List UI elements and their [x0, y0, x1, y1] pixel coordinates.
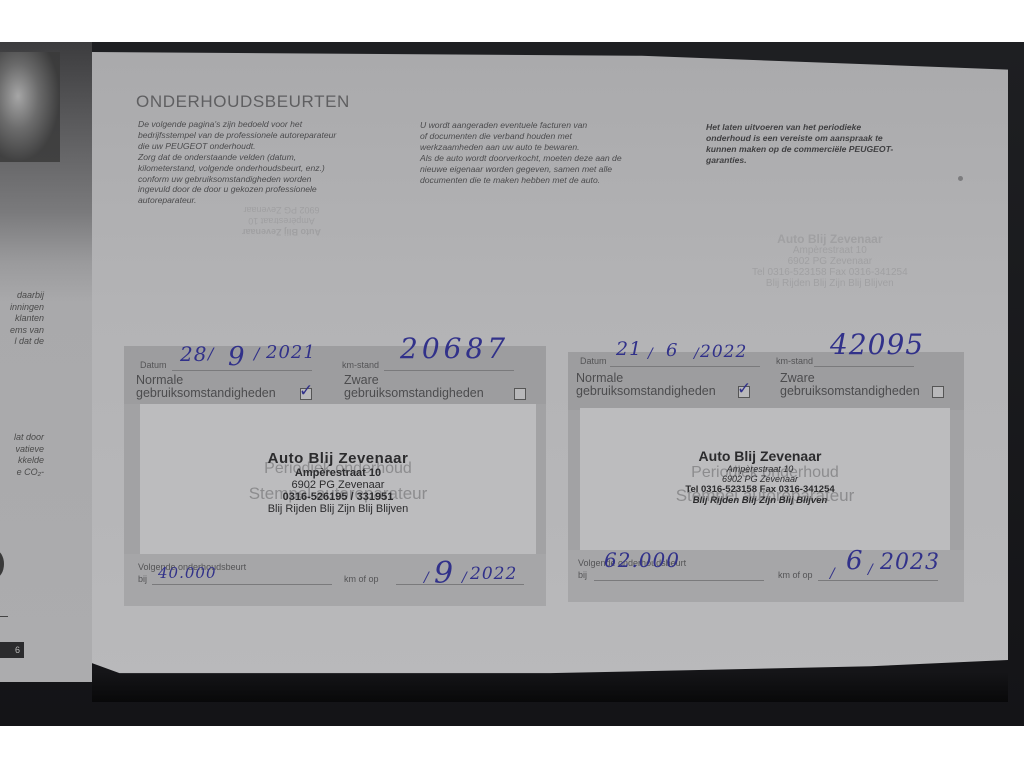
stamp-area: Periodiek onderhoud Stempel autoreparate…	[580, 408, 950, 550]
dealer-stamp: Auto Blij Zevenaar Ampèrestraat 10 6902 …	[570, 448, 950, 506]
date-day[interactable]: 21	[616, 338, 642, 360]
next-service-month[interactable]: 9	[434, 556, 454, 591]
next-service-km[interactable]: 62.000	[604, 548, 680, 572]
date-underline	[172, 370, 312, 371]
text-line: daarbij	[10, 290, 44, 302]
left-page-text-bottom: lat door vatieve kkelde e CO₂-	[14, 432, 44, 478]
text-line: nieuwe eigenaar worden gegeven, samen me…	[420, 164, 622, 175]
stamp-city: 6902 PG Zevenaar	[570, 474, 950, 484]
text-line: ems van	[10, 325, 44, 337]
next-service-year[interactable]: 2023	[880, 550, 940, 575]
intro-column-1: De volgende pagina's zijn bedoeld voor h…	[138, 119, 336, 206]
left-page-circle-graphic	[0, 550, 4, 578]
left-page-fragment: daarbij inningen klanten ems van l dat d…	[0, 42, 92, 682]
stamp-street: Ampèrestraat 10	[140, 467, 536, 479]
normal-conditions-checkbox[interactable]	[300, 388, 312, 400]
km-label: km-stand	[342, 360, 379, 370]
text-line: werkzaamheden aan uw auto te bewaren.	[420, 142, 622, 153]
ghost-stamp-line: Ampèrestraat 10	[752, 245, 908, 256]
text-line: klanten	[10, 313, 44, 325]
text-line: kkelde	[14, 455, 44, 467]
next-service-km[interactable]: 40.000	[158, 564, 217, 582]
booklet-photo: daarbij inningen klanten ems van l dat d…	[0, 42, 1024, 726]
entry-header: Datum 28 / 9 / 2021 km-stand 20687 Norma…	[124, 346, 546, 404]
text-line: e CO₂-	[14, 467, 44, 479]
at-label: bij	[578, 570, 587, 580]
stamp-dealer-name: Auto Blij Zevenaar	[570, 448, 950, 464]
text-line: of documenten die verband houden met	[420, 131, 622, 142]
normal-conditions-label-1: Normale	[136, 374, 183, 386]
heavy-conditions-label-2: gebruiksomstandigheden	[780, 385, 920, 397]
normal-conditions-checkbox[interactable]	[738, 386, 750, 398]
text-line: onderhoud is een vereiste om aanspraak t…	[706, 133, 893, 144]
text-line: ingevuld door de door u gekozen professi…	[138, 184, 336, 195]
next-service-year[interactable]: 2022	[470, 564, 517, 584]
text-line: bedrijfsstempel van de professionele aut…	[138, 130, 336, 141]
heavy-conditions-label-2: gebruiksomstandigheden	[344, 387, 484, 399]
stamp-phone: 0316-526195 / 331951	[140, 491, 536, 503]
dealer-stamp: Auto Blij Zevenaar Ampèrestraat 10 6902 …	[140, 450, 536, 515]
date-year[interactable]: 2021	[266, 342, 316, 363]
intro-column-3: Het laten uitvoeren van het periodieke o…	[706, 122, 893, 166]
normal-conditions-label-2: gebruiksomstandigheden	[136, 387, 276, 399]
text-line: die uw PEUGEOT onderhoudt.	[138, 141, 336, 152]
bleed-through-stamp-right: Auto Blij Zevenaar Ampèrestraat 10 6902 …	[752, 234, 908, 289]
heavy-conditions-label-1: Zware	[344, 374, 379, 386]
left-page-text-top: daarbij inningen klanten ems van l dat d…	[10, 290, 44, 348]
km-underline	[384, 370, 514, 371]
ghost-stamp-line: Blij Rijden Blij Zijn Blij Blijven	[752, 278, 908, 289]
service-entry-2: Datum 21 / 6 / 2022 km-stand 42095 Norma…	[568, 352, 964, 602]
text-line: kunnen maken op de commerciële PEUGEOT-	[706, 144, 893, 155]
text-line: garanties.	[706, 155, 893, 166]
stamp-phone: Tel 0316-523158 Fax 0316-341254	[570, 484, 950, 495]
heavy-conditions-checkbox[interactable]	[932, 386, 944, 398]
text-line: vatieve	[14, 444, 44, 456]
left-page-number: 6	[0, 642, 24, 658]
text-line: kilometerstand, volgende onderhoudsbeurt…	[138, 163, 336, 174]
text-line: Het laten uitvoeren van het periodieke	[706, 122, 893, 133]
text-line: Zorg dat de onderstaande velden (datum,	[138, 152, 336, 163]
heavy-conditions-checkbox[interactable]	[514, 388, 526, 400]
text-line: inningen	[10, 302, 44, 314]
text-line: De volgende pagina's zijn bedoeld voor h…	[138, 119, 336, 130]
next-service-section: Volgende onderhoudsbeurt bij 40.000 km o…	[124, 554, 546, 606]
km-underline	[814, 366, 914, 367]
next-date-underline	[818, 580, 938, 581]
paper-speck	[958, 176, 963, 181]
ghost-stamp-line: 6902 PG Zevenaar	[242, 204, 321, 215]
heavy-conditions-label-1: Zware	[780, 372, 815, 384]
text-line: documenten die te maken hebben met de au…	[420, 175, 622, 186]
next-date-underline	[396, 584, 524, 585]
page-bottom-shadow	[92, 672, 1008, 702]
text-line: l dat de	[10, 336, 44, 348]
date-month[interactable]: 9	[228, 342, 246, 372]
next-km-underline	[594, 580, 764, 581]
date-day[interactable]: 28	[180, 342, 207, 366]
entry-header: Datum 21 / 6 / 2022 km-stand 42095 Norma…	[568, 352, 964, 410]
stamp-area: Periodiek onderhoud Stempel autoreparate…	[140, 404, 536, 554]
ghost-stamp-line: Ampèrestraat 10	[242, 215, 321, 226]
date-underline	[610, 366, 760, 367]
km-value[interactable]: 20687	[400, 332, 509, 365]
next-km-underline	[152, 584, 332, 585]
ghost-stamp-line: Tel 0316-523158 Fax 0316-341254	[752, 267, 908, 278]
date-label: Datum	[580, 356, 607, 366]
ghost-stamp-name: Auto Blij Zevenaar	[242, 226, 321, 237]
stamp-city: 6902 PG Zevenaar	[140, 479, 536, 491]
ghost-stamp-line: 6902 PG Zevenaar	[752, 256, 908, 267]
stamp-dealer-name: Auto Blij Zevenaar	[140, 450, 536, 467]
at-label: bij	[138, 574, 147, 584]
service-record-page: ONDERHOUDSBEURTEN De volgende pagina's z…	[92, 52, 1008, 682]
date-year[interactable]: 2022	[700, 342, 747, 362]
km-value[interactable]: 42095	[830, 328, 924, 361]
stamp-slogan: Blij Rijden Blij Zijn Blij Blijven	[140, 503, 536, 515]
text-line: conform uw gebruiksomstandigheden worden	[138, 174, 336, 185]
km-or-on-label: km of op	[778, 570, 813, 580]
text-line: lat door	[14, 432, 44, 444]
ghost-stamp-name: Auto Blij Zevenaar	[752, 234, 908, 245]
text-line: Als de auto wordt doorverkocht, moeten d…	[420, 153, 622, 164]
intro-column-2: U wordt aangeraden eventuele facturen va…	[420, 120, 622, 185]
left-page-photo	[0, 52, 60, 162]
date-month[interactable]: 6	[666, 340, 678, 361]
km-or-on-label: km of op	[344, 574, 379, 584]
page-title: ONDERHOUDSBEURTEN	[136, 92, 350, 112]
service-entry-1: Datum 28 / 9 / 2021 km-stand 20687 Norma…	[124, 346, 546, 606]
next-service-month[interactable]: 6	[846, 546, 864, 576]
left-page-rule	[0, 616, 8, 617]
km-label: km-stand	[776, 356, 813, 366]
normal-conditions-label-1: Normale	[576, 372, 623, 384]
next-service-section: Volgende onderhoudsbeurt bij 62.000 km o…	[568, 550, 964, 602]
stamp-street: Ampèrestraat 10	[570, 464, 950, 474]
date-label: Datum	[140, 360, 167, 370]
normal-conditions-label-2: gebruiksomstandigheden	[576, 385, 716, 397]
bleed-through-stamp-left: Auto Blij Zevenaar Ampèrestraat 10 6902 …	[242, 204, 321, 237]
stamp-slogan: Blij Rijden Blij Zijn Blij Blijven	[570, 495, 950, 506]
text-line: U wordt aangeraden eventuele facturen va…	[420, 120, 622, 131]
